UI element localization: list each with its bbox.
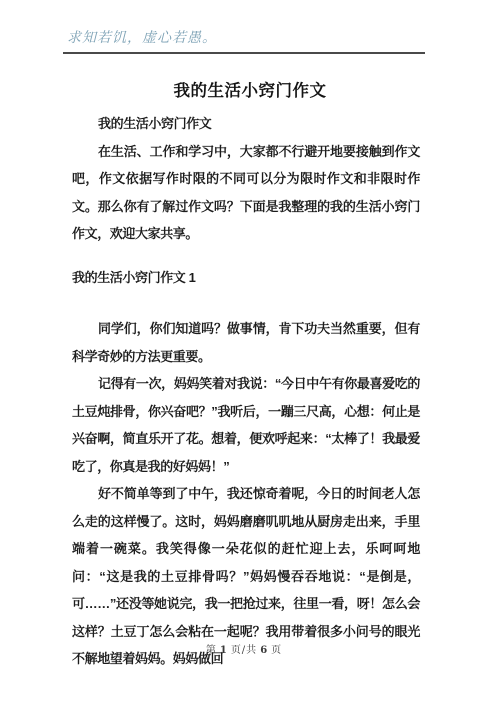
paragraph-body: 同学们，你们知道吗？做事情，肯下功夫当然重要，但有科学奇妙的方法更重要。 [72,315,420,370]
footer-total-pages: 6 [260,645,268,656]
section-heading-essay-1: 我的生活小窍门作文 1 [72,264,420,292]
document-title: 我的生活小窍门作文 [0,77,500,101]
footer-label-middle: 页/共 [231,645,257,656]
header-motto: 求知若饥，虚心若愚。 [67,27,217,47]
header-divider [63,52,425,54]
document-body: 我的生活小窍门作文 在生活、工作和学习中，大家都不行避开地要接触到作文吧，作文依… [72,110,420,673]
paragraph-intro: 在生活、工作和学习中，大家都不行避开地要接触到作文吧，作文依据写作时限的不同可以… [72,138,420,248]
page-footer: 第1页/共6页 [63,641,425,656]
footer-page-number: 1 [220,645,228,656]
document-page: 求知若饥，虚心若愚。 我的生活小窍门作文 我的生活小窍门作文 在生活、工作和学习… [0,0,500,707]
paragraph-subtitle: 我的生活小窍门作文 [72,110,420,138]
footer-label-suffix: 页 [271,645,282,656]
footer-label-prefix: 第 [206,645,217,656]
paragraph-body: 记得有一次，妈妈笑着对我说：“今日中午有你最喜爱吃的土豆炖排骨，你兴奋吧？”我听… [72,370,420,480]
